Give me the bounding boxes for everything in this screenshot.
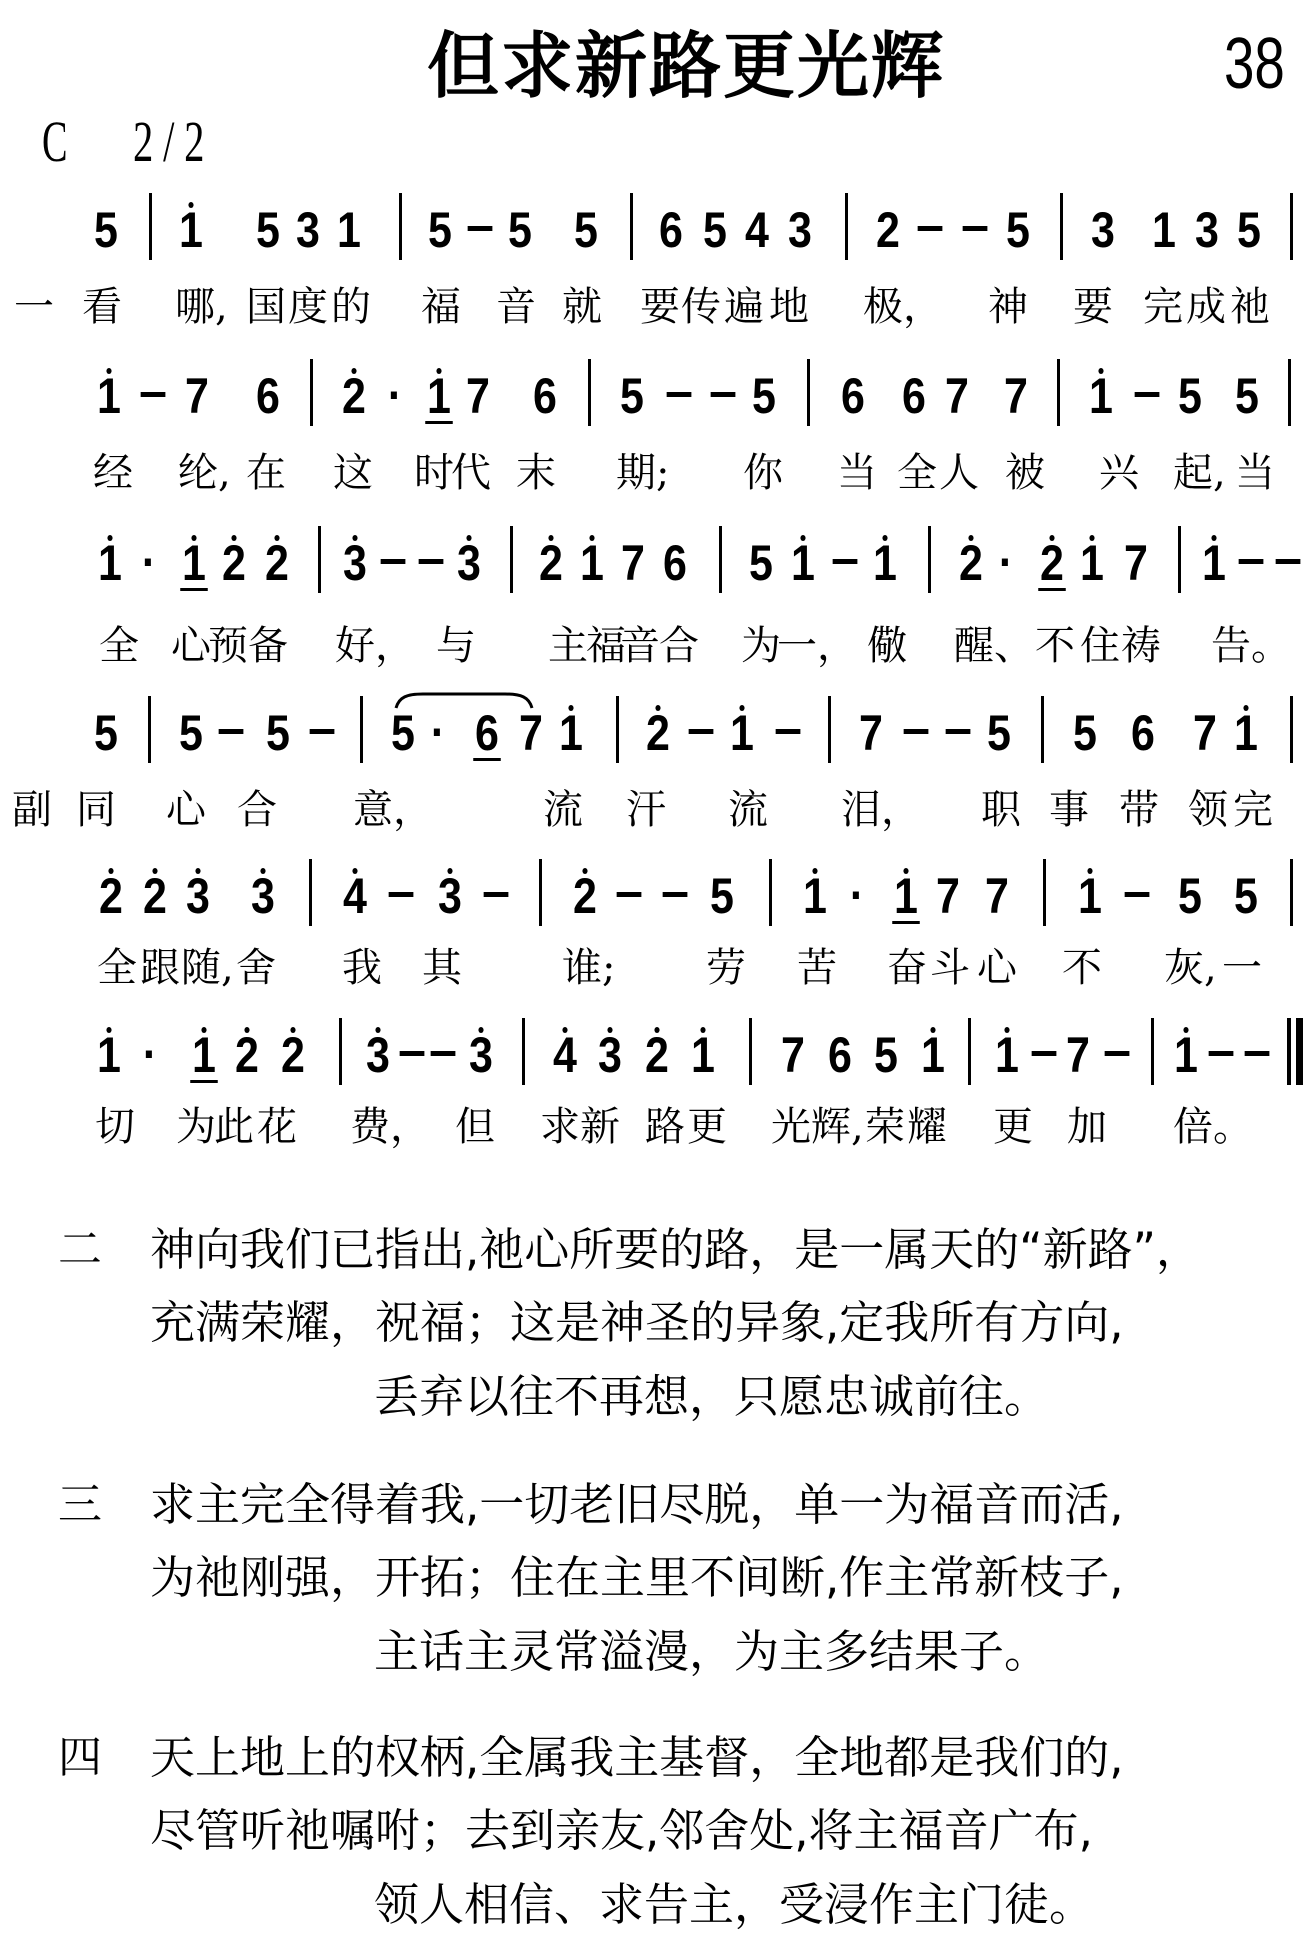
note: 2 <box>1038 545 1066 581</box>
note: 5 <box>701 212 729 248</box>
lyric: 地 <box>769 287 809 327</box>
verse-line: 尽管听祂嘱咐；去到亲友,邻舍处,将主福音广布, <box>150 1808 1093 1854</box>
final-barline-thin <box>1287 1018 1291 1085</box>
note: 1 <box>95 1037 123 1073</box>
barline <box>1151 1018 1154 1085</box>
lyrics-line-6: 切 为 此 花 费， 但 求 新 路 更 光 辉, 荣 耀 更 加 倍。 <box>0 1107 1303 1147</box>
lyric: 期; <box>616 453 656 493</box>
sustain-dash: – <box>385 873 417 909</box>
lyric: 切 <box>95 1107 135 1147</box>
sustain-dash: – <box>480 873 512 909</box>
note: 5 <box>254 212 282 248</box>
note: 6 <box>473 715 501 751</box>
lyric: 人 <box>939 453 979 493</box>
key-signature: C <box>42 113 68 171</box>
verse-3: 三 求主完全得着我,一切老旧尽脱，单一为福音而活, 为祂刚强，开拓；住在主里不间… <box>0 1482 1303 1682</box>
sustain-dash: – <box>464 207 496 243</box>
note: 3 <box>184 878 212 914</box>
barline <box>749 1018 752 1085</box>
lyric: 神 <box>988 287 1028 327</box>
note: 6 <box>839 378 867 414</box>
lyric: 你 <box>743 453 783 493</box>
lyric: 不 <box>1035 626 1075 666</box>
barline <box>148 696 151 763</box>
barline <box>309 859 312 926</box>
lyric: 好， <box>335 626 375 666</box>
lyric: 不 <box>1062 948 1102 988</box>
verse-line: 主话主灵常溢漫，为主多结果子。 <box>374 1629 1049 1675</box>
note: 5 <box>1232 878 1260 914</box>
lyric: 更 <box>687 1107 727 1147</box>
lyric: 合 <box>659 626 699 666</box>
note: 1 <box>1087 378 1115 414</box>
lyric: 兴 <box>1099 453 1139 493</box>
sustain-dash: – <box>396 1032 428 1068</box>
hymn-page: 但求新路更光辉 38 C 2/2 5 1 5 3 1 5 – 5 5 6 5 4… <box>0 0 1303 1945</box>
lyric: 与 <box>436 626 476 666</box>
note: 2 <box>957 545 985 581</box>
lyric: 泪， <box>841 790 881 830</box>
sustain-dash: – <box>215 710 247 746</box>
lyric: 告。 <box>1211 626 1251 666</box>
note: 2 <box>220 545 248 581</box>
note: 2 <box>340 378 368 414</box>
sustain-dash: – <box>829 540 861 576</box>
lyric: 备 <box>248 626 288 666</box>
note: 5 <box>750 378 778 414</box>
note: 7 <box>857 715 885 751</box>
note: 1 <box>190 1037 218 1073</box>
lyric: 国 <box>246 287 286 327</box>
lyrics-line-4: 副 同 心 合 意， 流 汗 流 泪， 职 事 带 领 完 <box>0 790 1303 830</box>
sustain-dash: – <box>1241 1032 1273 1068</box>
note: 3 <box>294 212 322 248</box>
lyric: 为 <box>176 1107 216 1147</box>
note: 5 <box>747 545 775 581</box>
verse-line: 领人相信、求告主，受浸作主门徒。 <box>374 1882 1094 1928</box>
lyric: 斗 <box>930 948 970 988</box>
hymn-number: 38 <box>1224 28 1285 100</box>
note: 1 <box>1232 715 1260 751</box>
lyric: 音 <box>496 287 536 327</box>
note: 3 <box>1089 212 1117 248</box>
sustain-dash: – <box>306 710 338 746</box>
lyric: 为 <box>741 626 781 666</box>
note: 1 <box>425 378 453 414</box>
lyric: 心 <box>977 948 1017 988</box>
note: 1 <box>557 715 585 751</box>
sustain-dash: – <box>377 540 409 576</box>
barline <box>928 526 931 593</box>
note: 1 <box>728 715 756 751</box>
sustain-dash: – <box>1028 1032 1060 1068</box>
lyric: 全 <box>97 948 137 988</box>
lyric: 祂 <box>1230 287 1270 327</box>
note: 4 <box>551 1037 579 1073</box>
note: 7 <box>943 378 971 414</box>
lyrics-line-1: 一 看 哪, 国 度 的 福 音 就 要 传 遍 地 极， 神 要 完 成 祂 <box>0 287 1303 327</box>
barline <box>310 359 313 426</box>
lyric: 一 <box>1222 948 1262 988</box>
augmentation-dot: · <box>135 544 163 580</box>
note: 1 <box>1078 545 1106 581</box>
note: 7 <box>464 378 492 414</box>
sustain-dash: – <box>1101 1032 1133 1068</box>
note: 6 <box>661 545 689 581</box>
barline <box>1178 526 1181 593</box>
score-line-6: 1 · 1 2 2 3 – – 3 4 3 2 1 7 6 5 1 1 – 7 … <box>0 1037 1303 1073</box>
note: 5 <box>426 212 454 248</box>
lyric: 心 <box>171 626 211 666</box>
barline <box>318 526 321 593</box>
barline <box>1043 859 1046 926</box>
verse-number: 四 <box>58 1735 102 1781</box>
lyric: 领 <box>1188 790 1228 830</box>
lyric: 要 <box>640 287 680 327</box>
lyric: 醒、 <box>954 626 994 666</box>
lyric: 辉, <box>811 1107 851 1147</box>
note: 1 <box>919 1037 947 1073</box>
note: 5 <box>1176 878 1204 914</box>
note: 7 <box>517 715 545 751</box>
note: 5 <box>572 212 600 248</box>
lyric: 的 <box>331 287 371 327</box>
note: 5 <box>708 878 736 914</box>
note: 3 <box>786 212 814 248</box>
lyric: 倍。 <box>1173 1107 1213 1147</box>
barline <box>1290 859 1293 926</box>
chorus-label: 副 <box>12 790 52 830</box>
score-line-5: 2 2 3 3 4 – 3 – 2 – – 5 1 · 1 7 7 1 – 5 … <box>0 878 1303 914</box>
note: 3 <box>455 545 483 581</box>
hymn-title: 但求新路更光辉 <box>427 26 945 106</box>
time-signature: 2/2 <box>133 113 214 171</box>
lyric: 一， <box>777 626 817 666</box>
sustain-dash: – <box>685 710 717 746</box>
note: 2 <box>537 545 565 581</box>
lyric: 合 <box>237 790 277 830</box>
lyric: 要 <box>1073 287 1113 327</box>
note: 5 <box>985 715 1013 751</box>
augmentation-dot: · <box>992 544 1020 580</box>
verse-line: 充满荣耀，祝福；这是神圣的异象,定我所有方向, <box>150 1300 1124 1346</box>
lyric: 加 <box>1067 1107 1107 1147</box>
sustain-dash: – <box>613 873 645 909</box>
lyric: 同 <box>76 790 116 830</box>
note: 7 <box>619 545 647 581</box>
barline <box>539 859 542 926</box>
barline <box>828 696 831 763</box>
note: 7 <box>1122 545 1150 581</box>
lyric: 遍 <box>724 287 764 327</box>
verse-line: 为祂刚强，开拓；住在主里不间断,作主常新枝子, <box>150 1555 1124 1601</box>
note: 7 <box>983 878 1011 914</box>
barline <box>845 193 848 260</box>
note: 2 <box>97 878 125 914</box>
note: 6 <box>1129 715 1157 751</box>
sustain-dash: – <box>1272 540 1303 576</box>
lyric: 随, <box>181 948 221 988</box>
note: 1 <box>1200 545 1228 581</box>
lyric: 完 <box>1143 287 1183 327</box>
lyric: 耀 <box>907 1107 947 1147</box>
note: 3 <box>364 1037 392 1073</box>
lyric: 带 <box>1119 790 1159 830</box>
lyric: 光 <box>771 1107 811 1147</box>
note: 5 <box>92 212 120 248</box>
note: 1 <box>180 545 208 581</box>
sustain-dash: – <box>663 373 695 409</box>
note: 2 <box>279 1037 307 1073</box>
note: 3 <box>1193 212 1221 248</box>
barline <box>588 359 591 426</box>
lyric: 荣 <box>865 1107 905 1147</box>
lyric: 这 <box>333 453 373 493</box>
note: 2 <box>874 212 902 248</box>
score-line-3: 1 · 1 2 2 3 – – 3 2 1 7 6 5 1 – 1 2 · 2 … <box>0 545 1303 581</box>
sustain-dash: – <box>427 1032 459 1068</box>
lyric: 路 <box>645 1107 685 1147</box>
lyric: 度 <box>288 287 328 327</box>
verse-line: 神向我们已指出,祂心所要的路，是一属天的“新路”， <box>150 1227 1201 1273</box>
lyric: 就 <box>562 287 602 327</box>
note: 1 <box>871 545 899 581</box>
lyric: 求 <box>540 1107 580 1147</box>
barline <box>149 193 152 260</box>
lyric: 经 <box>93 453 133 493</box>
note: 5 <box>1235 212 1263 248</box>
verse-number: 二 <box>58 1227 102 1273</box>
augmentation-dot: · <box>843 877 871 913</box>
barline <box>1290 696 1293 763</box>
lyric: 事 <box>1049 790 1089 830</box>
barline <box>616 696 619 763</box>
verse-2: 二 神向我们已指出,祂心所要的路，是一属天的“新路”， 充满荣耀，祝福；这是神圣… <box>0 1227 1303 1427</box>
lyric: 此 <box>214 1107 254 1147</box>
barline <box>719 526 722 593</box>
lyric: 意， <box>353 790 393 830</box>
note: 1 <box>95 378 123 414</box>
score-line-1: 5 1 5 3 1 5 – 5 5 6 5 4 3 2 – – 5 3 1 3 … <box>0 212 1303 248</box>
note: 7 <box>934 878 962 914</box>
lyric: 纶, <box>178 453 218 493</box>
sustain-dash: – <box>1121 873 1153 909</box>
barline <box>807 359 810 426</box>
note: 4 <box>341 878 369 914</box>
lyric: 流 <box>543 790 583 830</box>
sustain-dash: – <box>659 873 691 909</box>
note: 1 <box>993 1037 1021 1073</box>
lyric: 末 <box>516 453 556 493</box>
note: 1 <box>177 212 205 248</box>
note: 1 <box>578 545 606 581</box>
note: 5 <box>1004 212 1032 248</box>
note: 5 <box>618 378 646 414</box>
note: 1 <box>789 545 817 581</box>
barline <box>1041 696 1044 763</box>
lyric: 传 <box>681 287 721 327</box>
note: 3 <box>596 1037 624 1073</box>
lyric: 费， <box>350 1107 390 1147</box>
lyric: 新 <box>580 1107 620 1147</box>
note: 2 <box>233 1037 261 1073</box>
note: 5 <box>1071 715 1099 751</box>
lyric: 我 <box>342 948 382 988</box>
lyric: 流 <box>728 790 768 830</box>
note: 6 <box>826 1037 854 1073</box>
note: 2 <box>643 1037 671 1073</box>
barline <box>399 193 402 260</box>
note: 7 <box>1064 1037 1092 1073</box>
note: 2 <box>644 715 672 751</box>
lyric: 但 <box>455 1107 495 1147</box>
lyric: 预 <box>208 626 248 666</box>
lyric: 汗 <box>626 790 666 830</box>
score-line-4: 5 5 – 5 – 5 · 6 7 1 2 – 1 – 7 – – 5 5 6 … <box>0 715 1303 751</box>
lyric: 当 <box>1235 453 1275 493</box>
barline <box>968 1018 971 1085</box>
lyric: 极， <box>863 287 903 327</box>
note: 5 <box>1233 378 1261 414</box>
note: 5 <box>92 715 120 751</box>
note: 3 <box>436 878 464 914</box>
note: 1 <box>1172 1037 1200 1073</box>
lyric: 花 <box>257 1107 297 1147</box>
lyric: 心 <box>166 790 206 830</box>
lyric: 儆 <box>867 626 907 666</box>
note: 1 <box>335 212 363 248</box>
barline <box>630 193 633 260</box>
note: 7 <box>1191 715 1219 751</box>
lyric: 职 <box>981 790 1021 830</box>
barline <box>1290 193 1293 260</box>
augmentation-dot: · <box>424 714 452 750</box>
sustain-dash: – <box>900 710 932 746</box>
barline <box>339 1018 342 1085</box>
lyric: 其 <box>422 948 462 988</box>
note: 3 <box>467 1037 495 1073</box>
sustain-dash: – <box>137 373 169 409</box>
lyric: 全 <box>897 453 937 493</box>
note: 3 <box>341 545 369 581</box>
sustain-dash: – <box>1131 373 1163 409</box>
lyric: 住 <box>1080 626 1120 666</box>
note: 7 <box>183 378 211 414</box>
verse-number: 三 <box>58 1482 102 1528</box>
sustain-dash: – <box>942 710 974 746</box>
sustain-dash: – <box>772 710 804 746</box>
lyric: 全 <box>99 626 139 666</box>
sustain-dash: – <box>415 540 447 576</box>
barline <box>1060 193 1063 260</box>
note: 1 <box>892 878 920 914</box>
lyric: 跟 <box>140 948 180 988</box>
note: 1 <box>689 1037 717 1073</box>
lyric: 在 <box>246 453 286 493</box>
verse-4: 四 天上地上的权柄,全属我主基督，全地都是我们的, 尽管听祂嘱咐；去到亲友,邻舍… <box>0 1735 1303 1935</box>
barline <box>360 696 363 763</box>
verse-line: 丢弃以往不再想，只愿忠诚前往。 <box>374 1374 1049 1420</box>
lyrics-line-2: 经 纶, 在 这 时 代 末 期; 你 当 全 人 被 兴 起, 当 <box>0 453 1303 493</box>
note: 3 <box>249 878 277 914</box>
sustain-dash: – <box>914 207 946 243</box>
note: 2 <box>263 545 291 581</box>
lyrics-line-5: 全 跟 随, 舍 我 其 谁; 劳 苦 奋 斗 心 不 灰, 一 <box>0 948 1303 988</box>
lyric: 被 <box>1005 453 1045 493</box>
lyric: 劳 <box>706 948 746 988</box>
final-barline-thick <box>1296 1018 1303 1085</box>
note: 2 <box>141 878 169 914</box>
lyric: 成 <box>1186 287 1226 327</box>
lyric: 主 <box>548 626 588 666</box>
barline <box>510 526 513 593</box>
note: 1 <box>1150 212 1178 248</box>
note: 5 <box>264 715 292 751</box>
sustain-dash: – <box>1235 540 1267 576</box>
lyric: 更 <box>993 1107 1033 1147</box>
lyric: 时 <box>414 453 454 493</box>
lyrics-line-3: 全 心 预 备 好， 与 主 福 音 合 为 一， 儆 醒、 不 住 祷 告。 <box>0 626 1303 666</box>
note: 6 <box>531 378 559 414</box>
lyric: 舍 <box>236 948 276 988</box>
note: 7 <box>779 1037 807 1073</box>
lyric: 灰, <box>1164 948 1204 988</box>
augmentation-dot: · <box>381 377 409 413</box>
lyric: 完 <box>1233 790 1273 830</box>
note: 5 <box>389 715 417 751</box>
barline <box>1057 359 1060 426</box>
lyric: 苦 <box>797 948 837 988</box>
augmentation-dot: · <box>136 1036 164 1072</box>
lyric: 谁; <box>562 948 602 988</box>
lyric: 奋 <box>887 948 927 988</box>
note: 1 <box>801 878 829 914</box>
note: 5 <box>872 1037 900 1073</box>
note: 7 <box>1002 378 1030 414</box>
note: 5 <box>506 212 534 248</box>
verse-label: 一 <box>14 287 54 327</box>
lyric: 起, <box>1173 453 1213 493</box>
sustain-dash: – <box>959 207 991 243</box>
lyric: 祷 <box>1121 626 1161 666</box>
lyric: 看 <box>82 287 122 327</box>
barline <box>522 1018 525 1085</box>
note: 2 <box>571 878 599 914</box>
note: 4 <box>743 212 771 248</box>
lyric: 哪, <box>175 287 215 327</box>
note: 1 <box>96 545 124 581</box>
note: 6 <box>657 212 685 248</box>
lyric: 代 <box>451 453 491 493</box>
score-line-2: 1 – 7 6 2 · 1 7 6 5 – – 5 6 6 7 7 1 – 5 … <box>0 378 1303 414</box>
lyric: 当 <box>837 453 877 493</box>
note: 5 <box>1176 378 1204 414</box>
lyric: 音 <box>620 626 660 666</box>
lyric: 福 <box>421 287 461 327</box>
note: 5 <box>177 715 205 751</box>
verse-line: 求主完全得着我,一切老旧尽脱，单一为福音而活, <box>150 1482 1124 1528</box>
barline <box>1288 359 1291 426</box>
sustain-dash: – <box>1205 1032 1237 1068</box>
verse-line: 天上地上的权柄,全属我主基督，全地都是我们的, <box>150 1735 1124 1781</box>
note: 6 <box>254 378 282 414</box>
note: 1 <box>1076 878 1104 914</box>
barline <box>769 859 772 926</box>
note: 6 <box>900 378 928 414</box>
sustain-dash: – <box>707 373 739 409</box>
